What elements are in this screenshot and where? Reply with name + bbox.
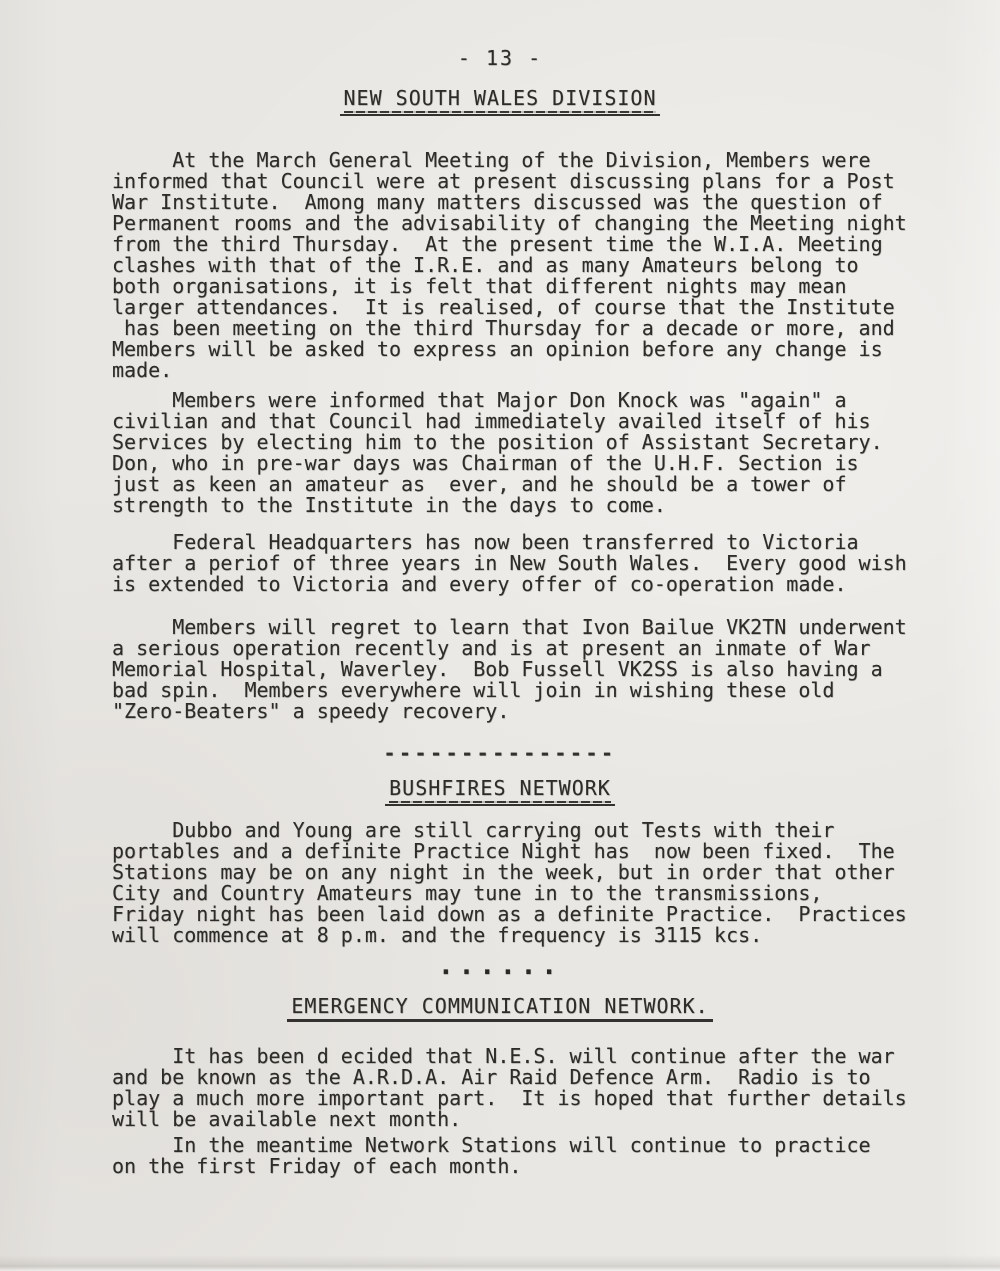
division-paragraph-1: At the March General Meeting of the Divi…: [112, 150, 940, 381]
emergency-paragraph-2: In the meantime Network Stations will co…: [112, 1135, 940, 1177]
page-number: - 13 -: [0, 0, 1000, 69]
division-heading-block: NEW SOUTH WALES DIVISION: [0, 88, 1000, 116]
dashed-divider: ---------------: [0, 743, 1000, 764]
scanned-document-page: - 13 - NEW SOUTH WALES DIVISION At the M…: [0, 0, 1000, 1271]
division-paragraph-3: Federal Headquarters has now been transf…: [112, 532, 940, 595]
division-paragraph-4: Members will regret to learn that Ivon B…: [112, 617, 940, 722]
bushfires-heading: BUSHFIRES NETWORK: [385, 778, 615, 806]
bushfires-section: Dubbo and Young are still carrying out T…: [112, 820, 940, 946]
emergency-paragraph-1: It has been d ecided that N.E.S. will co…: [112, 1046, 940, 1130]
dotted-divider: ......: [0, 956, 1000, 977]
page-bottom-edge-shadow: [0, 1255, 1000, 1271]
emergency-heading-block: EMERGENCY COMMUNICATION NETWORK.: [0, 996, 1000, 1022]
division-heading: NEW SOUTH WALES DIVISION: [340, 88, 661, 116]
division-paragraph-2: Members were informed that Major Don Kno…: [112, 390, 940, 516]
division-section: At the March General Meeting of the Divi…: [112, 150, 940, 722]
emergency-section: It has been d ecided that N.E.S. will co…: [112, 1046, 940, 1177]
bushfires-paragraph-1: Dubbo and Young are still carrying out T…: [112, 820, 940, 946]
emergency-heading: EMERGENCY COMMUNICATION NETWORK.: [287, 996, 712, 1022]
bushfires-heading-block: BUSHFIRES NETWORK: [0, 778, 1000, 806]
